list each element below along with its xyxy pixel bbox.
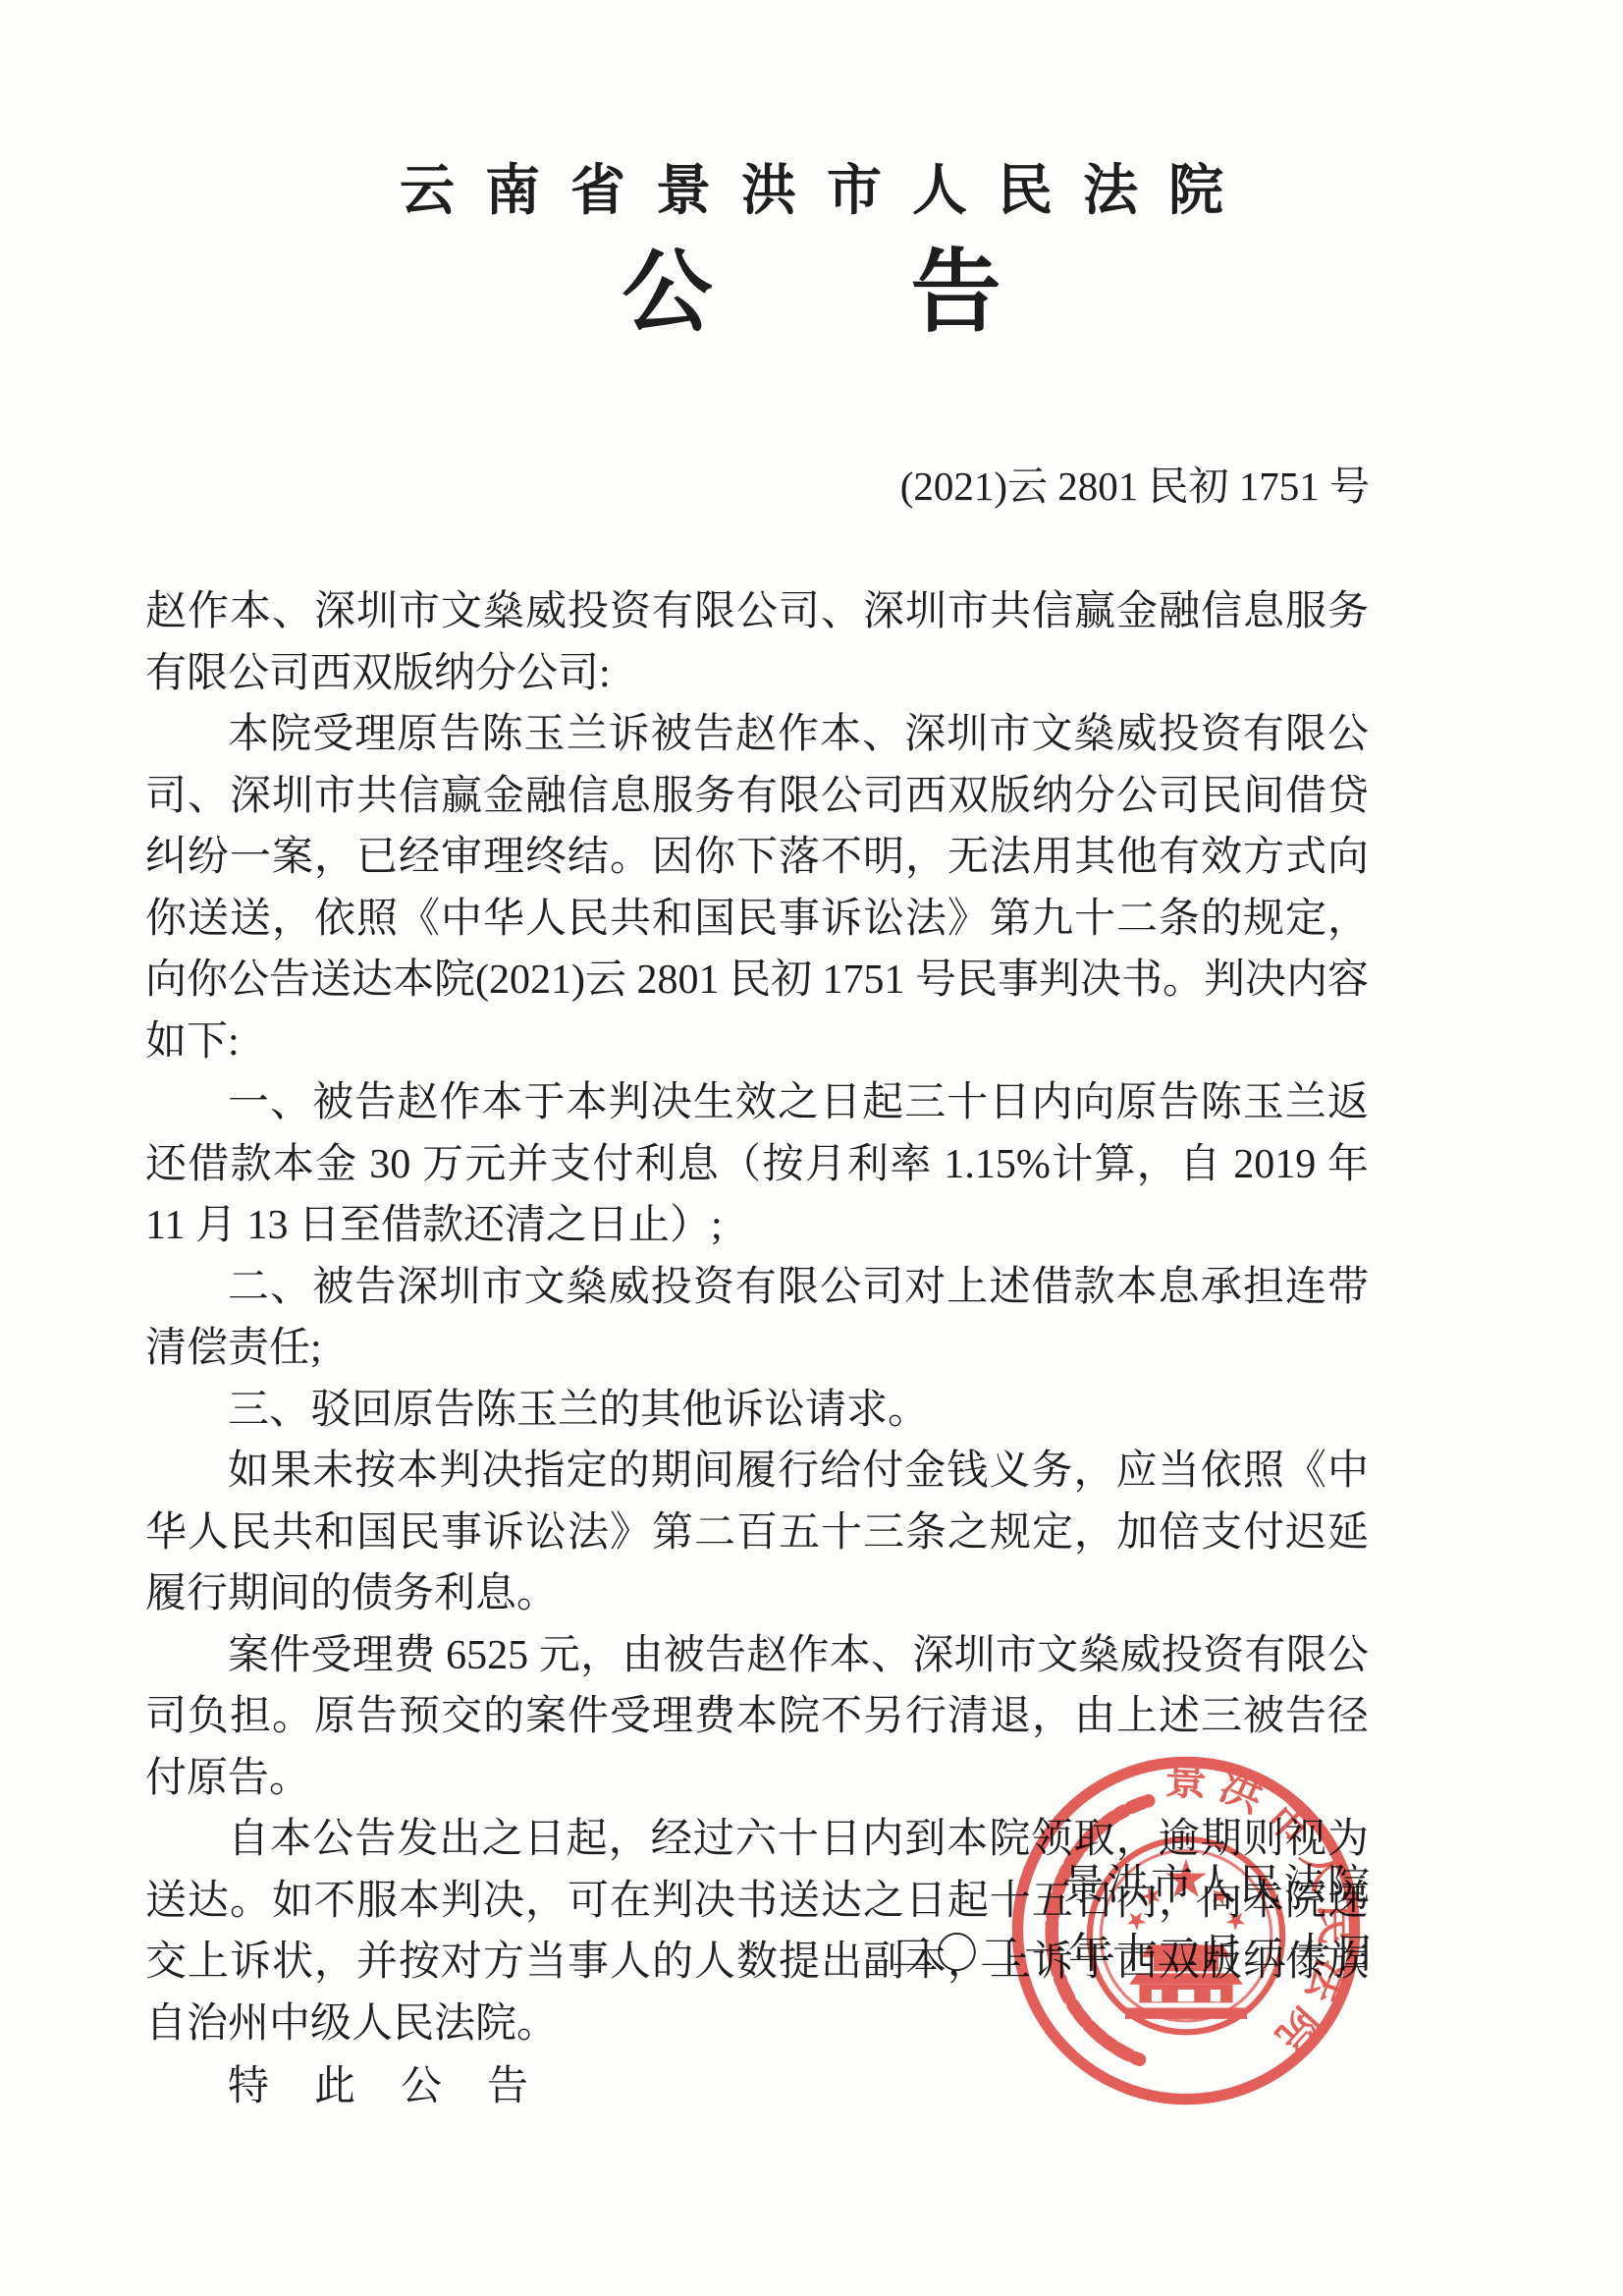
body-paragraph: 案件受理费 6525 元，由被告赵作本、深圳市文燊威投资有限公司负担。原告预交的…	[145, 1625, 1369, 1810]
announcement-heading: 公告	[0, 220, 1623, 350]
body-paragraph: 如果未按本判决指定的期间履行给付金钱义务，应当依照《中华人民共和国民事诉讼法》第…	[145, 1441, 1369, 1625]
signature-court-name: 景洪市人民法院	[1062, 1852, 1372, 1912]
court-name-title: 云南省景洪市人民法院	[0, 147, 1623, 226]
body-paragraph: 二、被告深圳市文燊威投资有限公司对上述借款本息承担连带清偿责任;	[145, 1257, 1369, 1380]
body-paragraph: 本院受理原告陈玉兰诉被告赵作本、深圳市文燊威投资有限公司、深圳市共信赢金融信息服…	[145, 704, 1369, 1072]
court-announcement-document: 云南省景洪市人民法院 公告 (2021)云 2801 民初 1751 号 赵作本…	[0, 0, 1623, 2296]
case-number: (2021)云 2801 民初 1751 号	[900, 454, 1370, 512]
announcement-heading-text: 公告	[622, 220, 1200, 350]
signature-date: 二〇二一年十二月二十日	[892, 1921, 1378, 1981]
body-paragraph: 三、驳回原告陈玉兰的其他诉讼请求。	[145, 1380, 1369, 1442]
closing-phrase: 特此公告	[145, 2056, 1369, 2118]
body-paragraph: 一、被告赵作本于本判决生效之日起三十日内向原告陈玉兰返还借款本金 30 万元并支…	[145, 1072, 1369, 1257]
addressee-line: 赵作本、深圳市文燊威投资有限公司、深圳市共信赢金融信息服务有限公司西双版纳分公司…	[145, 581, 1369, 704]
court-name-text: 云南省景洪市人民法院	[400, 147, 1254, 226]
